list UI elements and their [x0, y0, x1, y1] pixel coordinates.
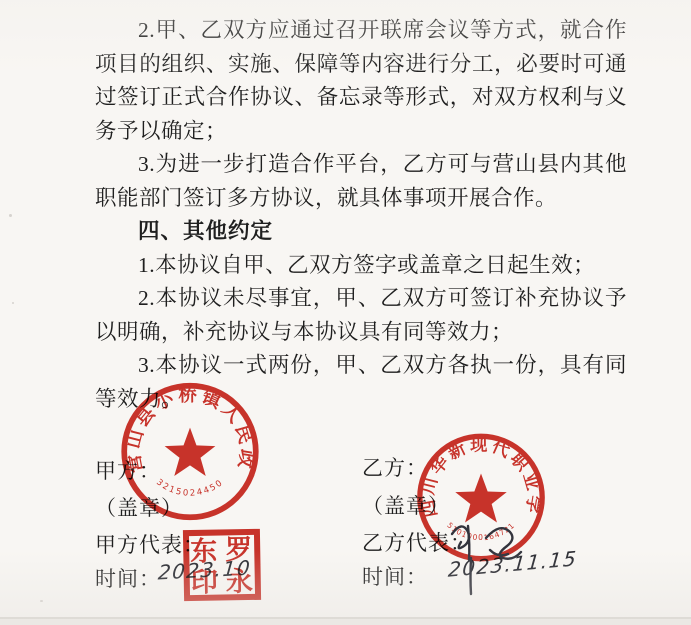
svg-text:3215024450: 3215024450 — [154, 477, 226, 498]
clause-2: 2.甲、乙双方应通过召开联席会议等方式，就合作项目的组织、实施、保障等内容进行分… — [95, 14, 627, 148]
party-b-representative-signature — [438, 512, 558, 602]
other-item-1: 1.本协议自甲、乙双方签字或盖章之日起生效； — [95, 249, 627, 283]
scan-speck — [12, 302, 14, 304]
name-seal-char-bottom-right: 永 — [226, 566, 254, 596]
agreement-body: 2.甲、乙双方应通过召开联席会议等方式，就合作项目的组织、实施、保障等内容进行分… — [95, 14, 627, 416]
other-item-2: 2.本协议未尽事宜，甲、乙双方可签订补充协议予以明确，补充协议与本协议具有同等效… — [95, 282, 627, 349]
scan-edge-shadow — [0, 619, 691, 625]
scan-speck — [40, 600, 43, 602]
scan-speck — [9, 214, 12, 217]
party-a-representative-name-seal: 东 罗 印 永 — [182, 528, 261, 601]
party-a-time-label: 时间： — [95, 563, 161, 593]
name-seal-char-bottom-left: 印 — [191, 567, 219, 597]
name-seal-char-top-right: 罗 — [225, 534, 253, 564]
star-icon — [165, 428, 216, 476]
clause-3: 3.为进一步打造合作平台，乙方可与营山县内其他职能部门签订多方协议，就具体事项开… — [95, 148, 627, 215]
name-seal-char-top-left: 东 — [190, 536, 218, 566]
party-b-time-label: 时间： — [362, 561, 428, 591]
scanned-agreement-page: 2.甲、乙双方应通过召开联席会议等方式，就合作项目的组织、实施、保障等内容进行分… — [0, 0, 691, 625]
party-a-official-seal: 营山县小桥镇人民政府 3215024450 — [114, 380, 266, 523]
seal-code: 3215024450 — [154, 477, 226, 498]
section-heading-4: 四、其他约定 — [95, 215, 627, 249]
